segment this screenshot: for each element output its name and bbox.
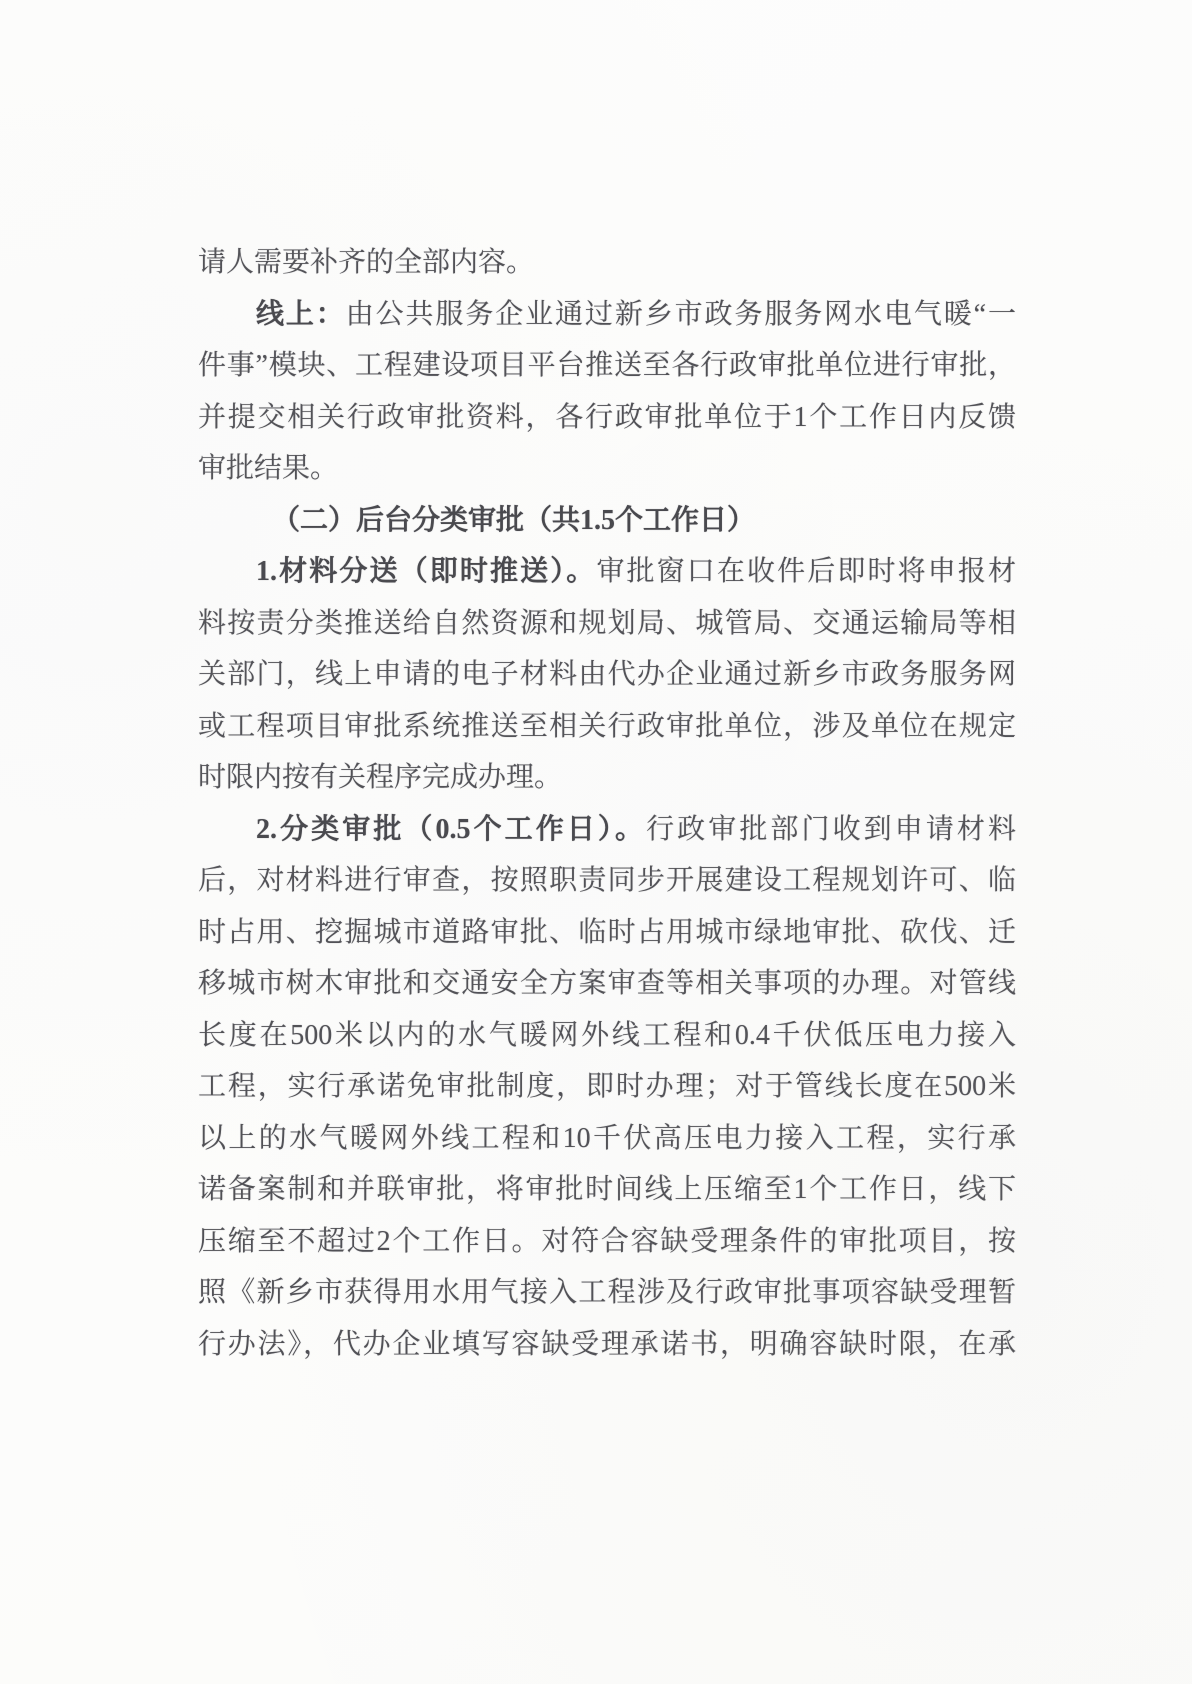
body-text-line: 照《新乡市获得用水用气接入工程涉及行政审批事项容缺受理暂 <box>198 1267 1016 1319</box>
body-text-line: 审批结果。 <box>198 443 1016 495</box>
body-text-line: 请人需要补齐的全部内容。 <box>198 237 1016 289</box>
text-segment: 照《新乡市获得用水用气接入工程涉及行政审批事项容缺受理暂 <box>198 1277 1016 1308</box>
text-segment: 移城市树木审批和交通安全方案审查等相关事项的办理。对管线 <box>198 968 1016 999</box>
text-segment: 由公共服务企业通过新乡市政务服务网水电气暖“一 <box>346 299 1016 330</box>
emphasis-text-segment: 1.材料分送（即时推送）。 <box>256 556 596 587</box>
text-segment: 行办法》，代办企业填写容缺受理承诺书，明确容缺时限，在承 <box>198 1329 1016 1360</box>
text-segment: 时限内按有关程序完成办理。 <box>198 762 562 793</box>
body-text-line: 料按责分类推送给自然资源和规划局、城管局、交通运输局等相 <box>198 598 1016 650</box>
body-text-line: 时占用、挖掘城市道路审批、临时占用城市绿地审批、砍伐、迁 <box>198 907 1016 959</box>
text-segment: 以上的水气暖网外线工程和10千伏高压电力接入工程，实行承 <box>198 1123 1016 1154</box>
text-segment: 长度在500米以内的水气暖网外线工程和0.4千伏低压电力接入 <box>198 1020 1016 1051</box>
text-segment: 或工程项目审批系统推送至相关行政审批单位，涉及单位在规定 <box>198 711 1016 742</box>
text-segment: 工程，实行承诺免审批制度，即时办理；对于管线长度在500米 <box>198 1071 1016 1102</box>
body-text-line: 长度在500米以内的水气暖网外线工程和0.4千伏低压电力接入 <box>198 1010 1016 1062</box>
document-text-block: 请人需要补齐的全部内容。线上：由公共服务企业通过新乡市政务服务网水电气暖“一件事… <box>198 237 1016 1370</box>
text-segment: 并提交相关行政审批资料，各行政审批单位于1个工作日内反馈 <box>198 402 1016 433</box>
text-segment: 件事”模块、工程建设项目平台推送至各行政审批单位进行审批， <box>198 350 1016 381</box>
emphasis-text-segment: 线上： <box>256 299 346 330</box>
body-text-line: 时限内按有关程序完成办理。 <box>198 752 1016 804</box>
body-text-line: 并提交相关行政审批资料，各行政审批单位于1个工作日内反馈 <box>198 392 1016 444</box>
text-segment: 审批窗口在收件后即时将申报材 <box>596 556 1016 587</box>
body-text-line: 压缩至不超过2个工作日。对符合容缺受理条件的审批项目，按 <box>198 1216 1016 1268</box>
text-segment: 压缩至不超过2个工作日。对符合容缺受理条件的审批项目，按 <box>198 1226 1016 1257</box>
text-segment: 料按责分类推送给自然资源和规划局、城管局、交通运输局等相 <box>198 608 1016 639</box>
text-segment: 诺备案制和并联审批，将审批时间线上压缩至1个工作日，线下 <box>198 1174 1016 1205</box>
emphasis-text-segment: （二）后台分类审批（共1.5个工作日） <box>272 505 755 536</box>
text-segment: 审批结果。 <box>198 453 338 484</box>
text-segment: 后，对材料进行审查，按照职责同步开展建设工程规划许可、临 <box>198 865 1016 896</box>
body-text-line: 工程，实行承诺免审批制度，即时办理；对于管线长度在500米 <box>198 1061 1016 1113</box>
body-text-line: 线上：由公共服务企业通过新乡市政务服务网水电气暖“一 <box>198 289 1016 341</box>
section-heading-line: （二）后台分类审批（共1.5个工作日） <box>198 495 1016 547</box>
emphasis-text-segment: 2.分类审批（0.5个工作日）。 <box>256 814 646 845</box>
body-text-line: 后，对材料进行审查，按照职责同步开展建设工程规划许可、临 <box>198 855 1016 907</box>
body-text-line: 诺备案制和并联审批，将审批时间线上压缩至1个工作日，线下 <box>198 1164 1016 1216</box>
body-text-line: 行办法》，代办企业填写容缺受理承诺书，明确容缺时限，在承 <box>198 1319 1016 1371</box>
text-segment: 关部门，线上申请的电子材料由代办企业通过新乡市政务服务网 <box>198 659 1016 690</box>
scanned-document-page: 请人需要补齐的全部内容。线上：由公共服务企业通过新乡市政务服务网水电气暖“一件事… <box>0 0 1192 1684</box>
body-text-line: 移城市树木审批和交通安全方案审查等相关事项的办理。对管线 <box>198 958 1016 1010</box>
text-segment: 时占用、挖掘城市道路审批、临时占用城市绿地审批、砍伐、迁 <box>198 917 1016 948</box>
body-text-line: 2.分类审批（0.5个工作日）。行政审批部门收到申请材料 <box>198 804 1016 856</box>
text-segment: 行政审批部门收到申请材料 <box>646 814 1016 845</box>
body-text-line: 或工程项目审批系统推送至相关行政审批单位，涉及单位在规定 <box>198 701 1016 753</box>
body-text-line: 件事”模块、工程建设项目平台推送至各行政审批单位进行审批， <box>198 340 1016 392</box>
body-text-line: 以上的水气暖网外线工程和10千伏高压电力接入工程，实行承 <box>198 1113 1016 1165</box>
body-text-line: 1.材料分送（即时推送）。审批窗口在收件后即时将申报材 <box>198 546 1016 598</box>
text-segment: 请人需要补齐的全部内容。 <box>198 247 534 278</box>
body-text-line: 关部门，线上申请的电子材料由代办企业通过新乡市政务服务网 <box>198 649 1016 701</box>
